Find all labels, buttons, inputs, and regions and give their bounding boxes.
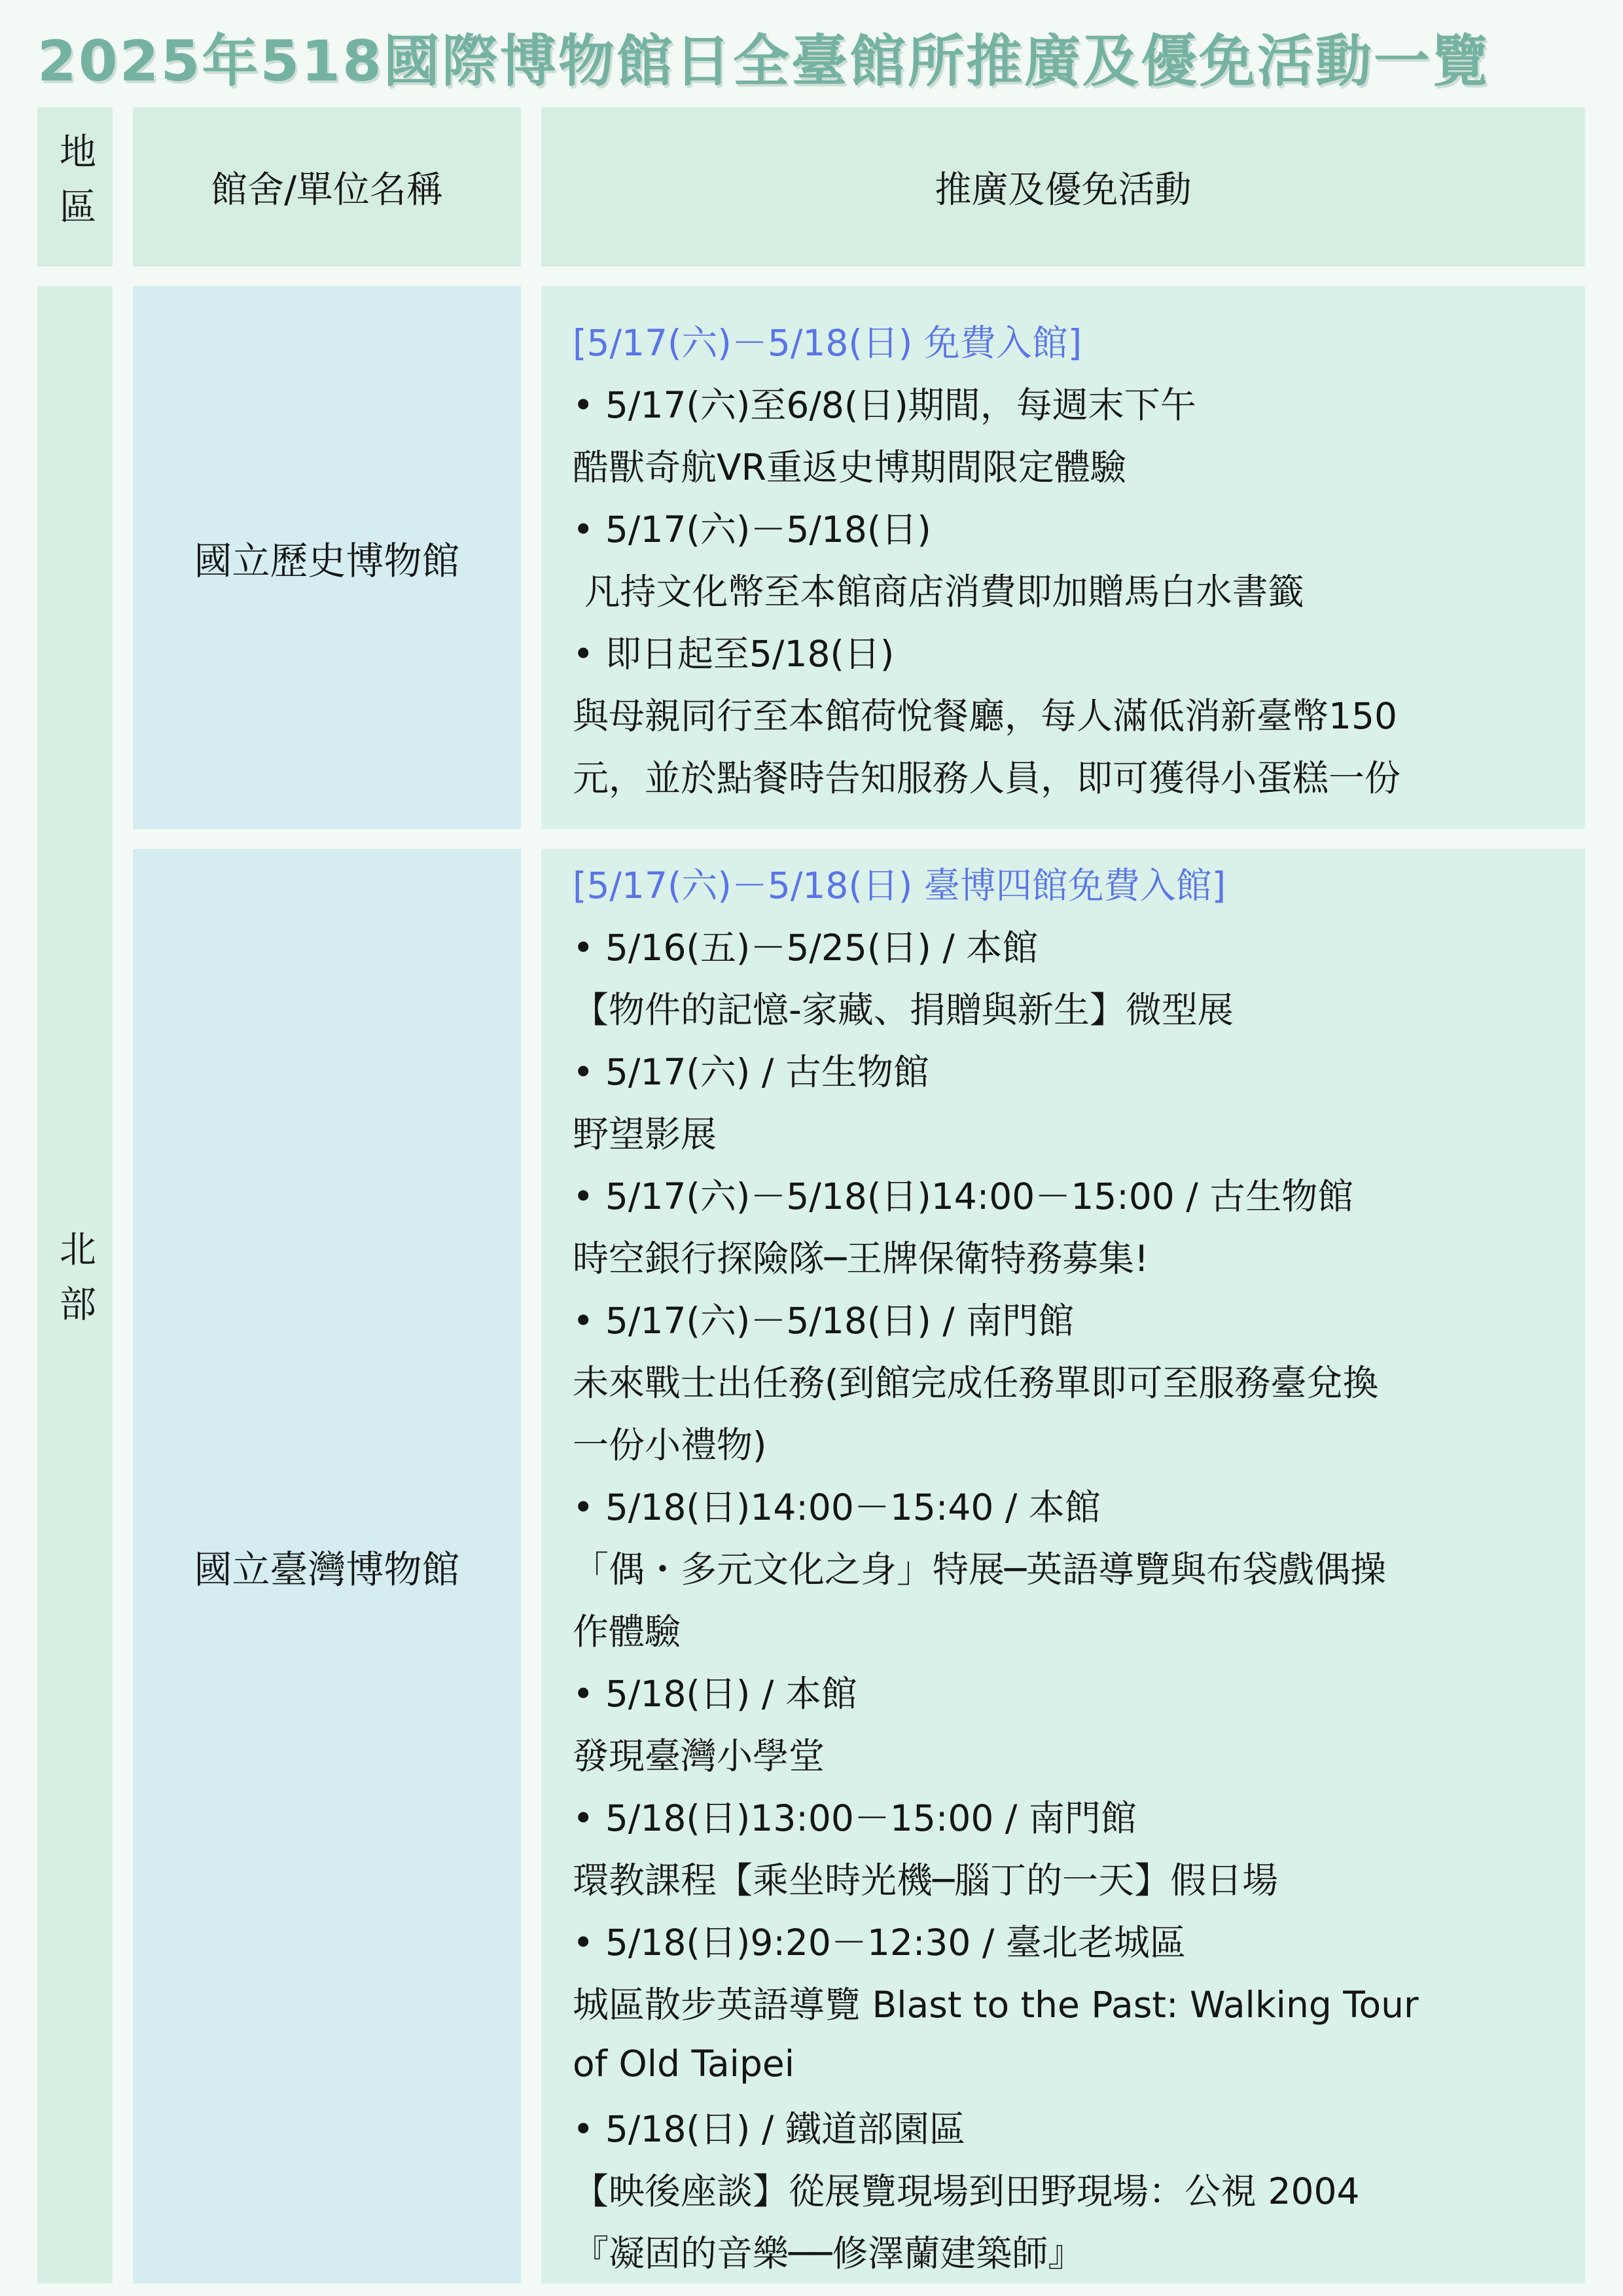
activity-line: 發現臺灣小學堂 [573, 1722, 1554, 1784]
activity-line: 「偶・多元文化之身」特展─英語導覽與布袋戲偶操 [573, 1535, 1554, 1598]
activities-table: 地區 館舍/單位名稱 推廣及優免活動 北部 國立歷史博物館 [5/17(六)－5… [37, 107, 1585, 2284]
header-region-label: 地區 [37, 132, 113, 242]
activity-line: 『凝固的音樂──修澤蘭建築師』 [573, 2219, 1554, 2282]
activity-line: 城區散步英語導覽 Blast to the Past: Walking Tour [573, 1971, 1554, 2033]
activity-heading: [5/17(六)－5/18(日) 臺博四館免費入館] [573, 852, 1554, 914]
activity-line: • 5/17(六)－5/18(日) / 南門館 [573, 1287, 1554, 1349]
activity-line: • 5/17(六)至6/8(日)期間，每週末下午 [573, 371, 1554, 433]
activity-line: 一份小禮物) [573, 1411, 1554, 1473]
activity-line: 未來戰士出任務(到館完成任務單即可至服務臺兌換 [573, 1349, 1554, 1411]
activity-line: 【映後座談】從展覽現場到田野現場：公視 2004 [573, 2157, 1554, 2219]
activity-line: • 5/16(五)－5/25(日) / 本館 [573, 914, 1554, 976]
activity-line: • 即日起至5/18(日) [573, 620, 1554, 682]
activity-line: 時空銀行探險隊─王牌保衛特務募集! [573, 1225, 1554, 1287]
activity-line: 環教課程【乘坐時光機─腦丁的一天】假日場 [573, 1846, 1554, 1909]
activity-line: • 5/17(六)－5/18(日)14:00－15:00 / 古生物館 [573, 1162, 1554, 1225]
activity-list-history-museum: [5/17(六)－5/18(日) 免費入館]• 5/17(六)至6/8(日)期間… [541, 286, 1585, 829]
header-region: 地區 [37, 107, 113, 266]
poster-page: 2025年518國際博物館日全臺館所推廣及優免活動一覽 地區 館舍/單位名稱 推… [0, 0, 1623, 2296]
activity-line: • 5/18(日)13:00－15:00 / 南門館 [573, 1784, 1554, 1846]
activity-list-taiwan-museum: [5/17(六)－5/18(日) 臺博四館免費入館]• 5/16(五)－5/25… [541, 849, 1585, 2284]
activity-line: 【物件的記憶-家藏、捐贈與新生】微型展 [573, 976, 1554, 1038]
activity-heading: [5/17(六)－5/18(日) 免費入館] [573, 309, 1554, 371]
activity-line: 酷獸奇航VR重返史博期間限定體驗 [573, 433, 1554, 495]
region-label: 北部 [37, 1230, 113, 1340]
activity-line: • 5/17(六) / 古生物館 [573, 1038, 1554, 1100]
activity-line: • 5/18(日) / 本館 [573, 1660, 1554, 1722]
activity-line: • 5/18(日)9:20－12:30 / 臺北老城區 [573, 1909, 1554, 1971]
activity-line: 凡持文化幣至本館商店消費即加贈馬白水書籤 [573, 558, 1554, 620]
activity-line: • 5/18(日)14:00－15:40 / 本館 [573, 1473, 1554, 1535]
activity-line: 野望影展 [573, 1100, 1554, 1162]
header-museum-name: 館舍/單位名稱 [133, 107, 521, 266]
activity-line: • 5/17(六)－5/18(日) [573, 495, 1554, 558]
region-cell-north: 北部 [37, 286, 113, 2284]
activity-line: of Old Taipei [573, 2033, 1554, 2095]
activity-line: 元，並於點餐時告知服務人員，即可獲得小蛋糕一份 [573, 744, 1554, 806]
header-activity: 推廣及優免活動 [541, 107, 1585, 266]
page-title: 2025年518國際博物館日全臺館所推廣及優免活動一覽 [37, 22, 1586, 101]
activity-line: 作體驗 [573, 1598, 1554, 1660]
museum-name-history-museum: 國立歷史博物館 [133, 286, 521, 829]
activity-line: • 5/18(日) / 鐵道部園區 [573, 2095, 1554, 2157]
museum-name-taiwan-museum: 國立臺灣博物館 [133, 849, 521, 2284]
activity-line: 與母親同行至本館荷悅餐廳，每人滿低消新臺幣150 [573, 682, 1554, 744]
